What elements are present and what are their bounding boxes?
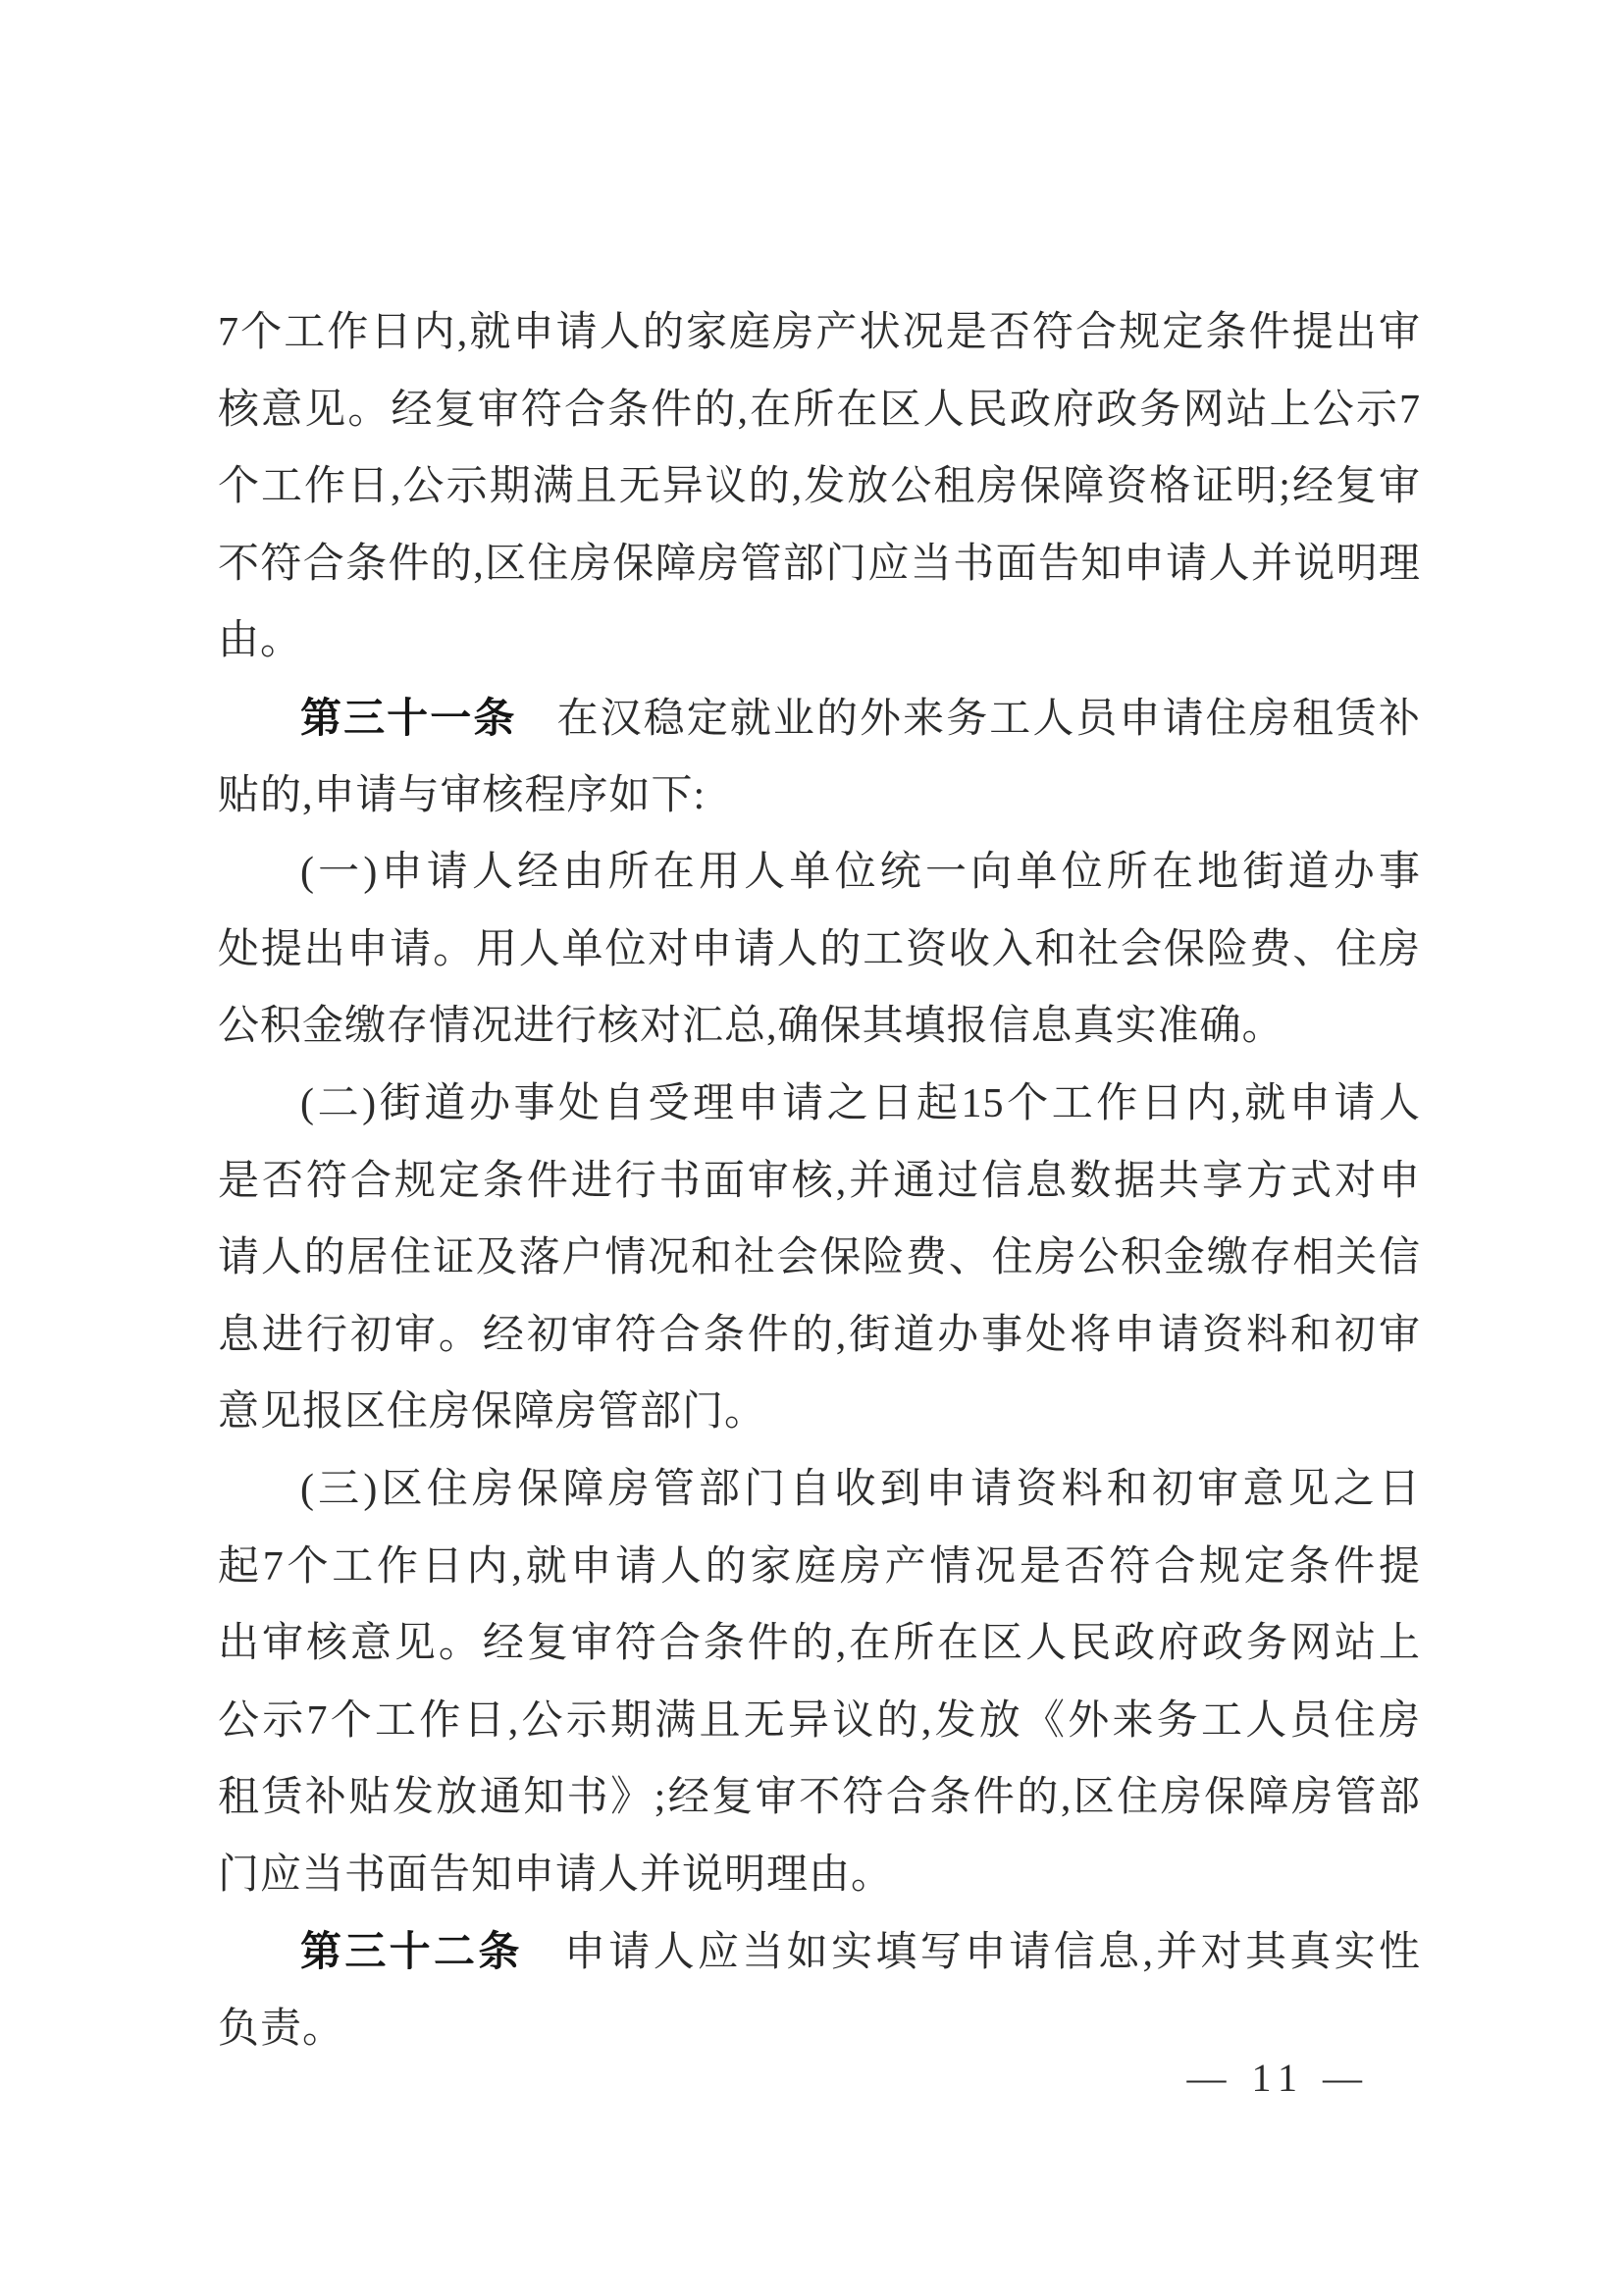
text-line: 公示7个工作日,公示期满且无异议的,发放《外来务工人员住房 [218,1683,1421,1760]
text-line: 第三十二条申请人应当如实填写申请信息,并对其真实性 [218,1913,1421,1991]
line-text: 在汉稳定就业的外来务工人员申请住房租赁补 [555,697,1421,742]
text-line: 不符合条件的,区住房保障房管部门应当书面告知申请人并说明理 [218,526,1421,603]
text-line: 租赁补贴发放通知书》;经复审不符合条件的,区住房保障房管部 [218,1759,1421,1837]
text-line: 是否符合规定条件进行书面审核,并通过信息数据共享方式对申 [218,1143,1421,1221]
text-line: (三)区住房保障房管部门自收到申请资料和初审意见之日 [218,1451,1421,1529]
page-number: — 11 — [1186,2057,1370,2100]
text-line: 贴的,申请与审核程序如下: [218,757,1421,835]
text-line: (一)申请人经由所在用人单位统一向单位所在地街道办事 [218,834,1421,912]
text-line: 核意见。经复审符合条件的,在所在区人民政府政务网站上公示7 [218,372,1421,449]
document-body: 7个工作日内,就申请人的家庭房产状况是否符合规定条件提出审核意见。经复审符合条件… [218,294,1421,2068]
text-line: 起7个工作日内,就申请人的家庭房产情况是否符合规定条件提 [218,1529,1421,1606]
text-line: 由。 [218,602,1421,680]
text-line: (二)街道办事处自受理申请之日起15个工作日内,就申请人 [218,1066,1421,1143]
text-line: 门应当书面告知申请人并说明理由。 [218,1837,1421,1914]
text-line: 意见报区住房保障房管部门。 [218,1374,1421,1451]
text-line: 请人的居住证及落户情况和社会保险费、住房公积金缴存相关信 [218,1220,1421,1297]
article-number: 第三十二条 [300,1928,523,1974]
text-line: 第三十一条在汉稳定就业的外来务工人员申请住房租赁补 [218,680,1421,757]
text-line: 个工作日,公示期满且无异议的,发放公租房保障资格证明;经复审 [218,448,1421,526]
article-number: 第三十一条 [300,695,516,741]
text-line: 息进行初审。经初审符合条件的,街道办事处将申请资料和初审 [218,1297,1421,1375]
text-line: 7个工作日内,就申请人的家庭房产状况是否符合规定条件提出审 [218,294,1421,372]
text-line: 出审核意见。经复审符合条件的,在所在区人民政府政务网站上 [218,1605,1421,1683]
text-line: 公积金缴存情况进行核对汇总,确保其填报信息真实准确。 [218,988,1421,1066]
document-page: 7个工作日内,就申请人的家庭房产状况是否符合规定条件提出审核意见。经复审符合条件… [0,0,1623,2296]
text-line: 处提出申请。用人单位对申请人的工资收入和社会保险费、住房 [218,912,1421,989]
line-text: 申请人应当如实填写申请信息,并对其真实性 [562,1930,1421,1975]
